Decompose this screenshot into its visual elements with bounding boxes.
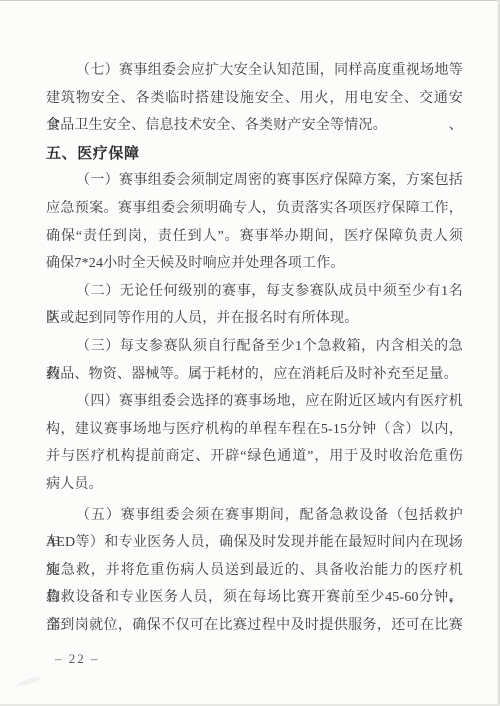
- paragraph: （三）每支参赛队须自行配备至少1个急救箱，内含相关的急救药品、物资、器械等。属于…: [46, 333, 463, 388]
- text-line: 五、医疗保障: [46, 140, 463, 168]
- paragraph: （一）赛事组委会须制定周密的赛事医疗保障方案，方案包括应急预案。赛事组委会须明确…: [46, 167, 463, 277]
- text-line: （五）赛事组委会须在赛事期间，配备急救设备（包括救护车、: [46, 502, 463, 530]
- text-line: （一）赛事组委会须制定周密的赛事医疗保障方案，方案包括: [46, 167, 463, 195]
- scan-smudge: [16, 675, 42, 688]
- text-line: 并与医疗机构提前商定、开辟“绿色通道”，用于及时收治危重伤: [46, 443, 463, 471]
- text-line: AED等）和专业医务人员，确保及时发现并能在最短时间内在现场实: [46, 529, 463, 557]
- text-line: 建筑物安全、各类临时搭建设施安全、用火，用电安全、交通安全、: [46, 85, 463, 113]
- section-heading: 五、医疗保障: [46, 140, 463, 168]
- text-line: （三）每支参赛队须自行配备至少1个急救箱，内含相关的急救: [46, 333, 463, 361]
- text-line: （二）无论任何级别的赛事，每支参赛队成员中须至少有1名队: [46, 278, 463, 306]
- text-line: （四）赛事组委会选择的赛事场地，应在附近区域内有医疗机: [46, 388, 463, 416]
- paragraph: （四）赛事组委会选择的赛事场地，应在附近区域内有医疗机构，建议赛事场地与医疗机构…: [46, 388, 463, 498]
- text-line: 确保7*24小时全天候及时响应并处理各项工作。: [46, 250, 463, 278]
- text-line: 确保“责任到岗，责任到人”。赛事举办期间，医疗保障负责人须: [46, 223, 463, 251]
- text-line: 部到岗就位，确保不仅可在比赛过程中及时提供服务，还可在比赛: [46, 612, 463, 640]
- text-line: 应急预案。赛事组委会须明确专人，负责落实各项医疗保障工作，: [46, 195, 463, 223]
- text-line: （七）赛事组委会应扩大安全认知范围，同样高度重视场地等: [46, 57, 463, 85]
- page-number: – 22 –: [55, 650, 100, 668]
- paragraph: （七）赛事组委会应扩大安全认知范围，同样高度重视场地等建筑物安全、各类临时搭建设…: [46, 57, 463, 140]
- text-line: 医或起到同等作用的人员，并在报名时有所体现。: [46, 305, 463, 333]
- text-line: 病人员。: [46, 471, 463, 499]
- scan-edge-top: [0, 0, 500, 1]
- paragraph: （五）赛事组委会须在赛事期间，配备急救设备（包括救护车、AED等）和专业医务人员…: [46, 502, 463, 640]
- text-line: 构，建议赛事场地与医疗机构的单程车程在5-15分钟（含）以内，: [46, 416, 463, 444]
- text-line: 施急救，并将危重伤病人员送到最近的、具备收治能力的医疗机构。: [46, 557, 463, 585]
- text-line: 急救设备和专业医务人员，须在每场比赛开赛前至少45-60分钟，全: [46, 584, 463, 612]
- document-page: （七）赛事组委会应扩大安全认知范围，同样高度重视场地等建筑物安全、各类临时搭建设…: [0, 0, 500, 706]
- document-body: （七）赛事组委会应扩大安全认知范围，同样高度重视场地等建筑物安全、各类临时搭建设…: [46, 57, 463, 639]
- text-line: 药品、物资、器械等。属于耗材的，应在消耗后及时补充至足量。: [46, 361, 463, 389]
- paragraph: （二）无论任何级别的赛事，每支参赛队成员中须至少有1名队医或起到同等作用的人员，…: [46, 278, 463, 333]
